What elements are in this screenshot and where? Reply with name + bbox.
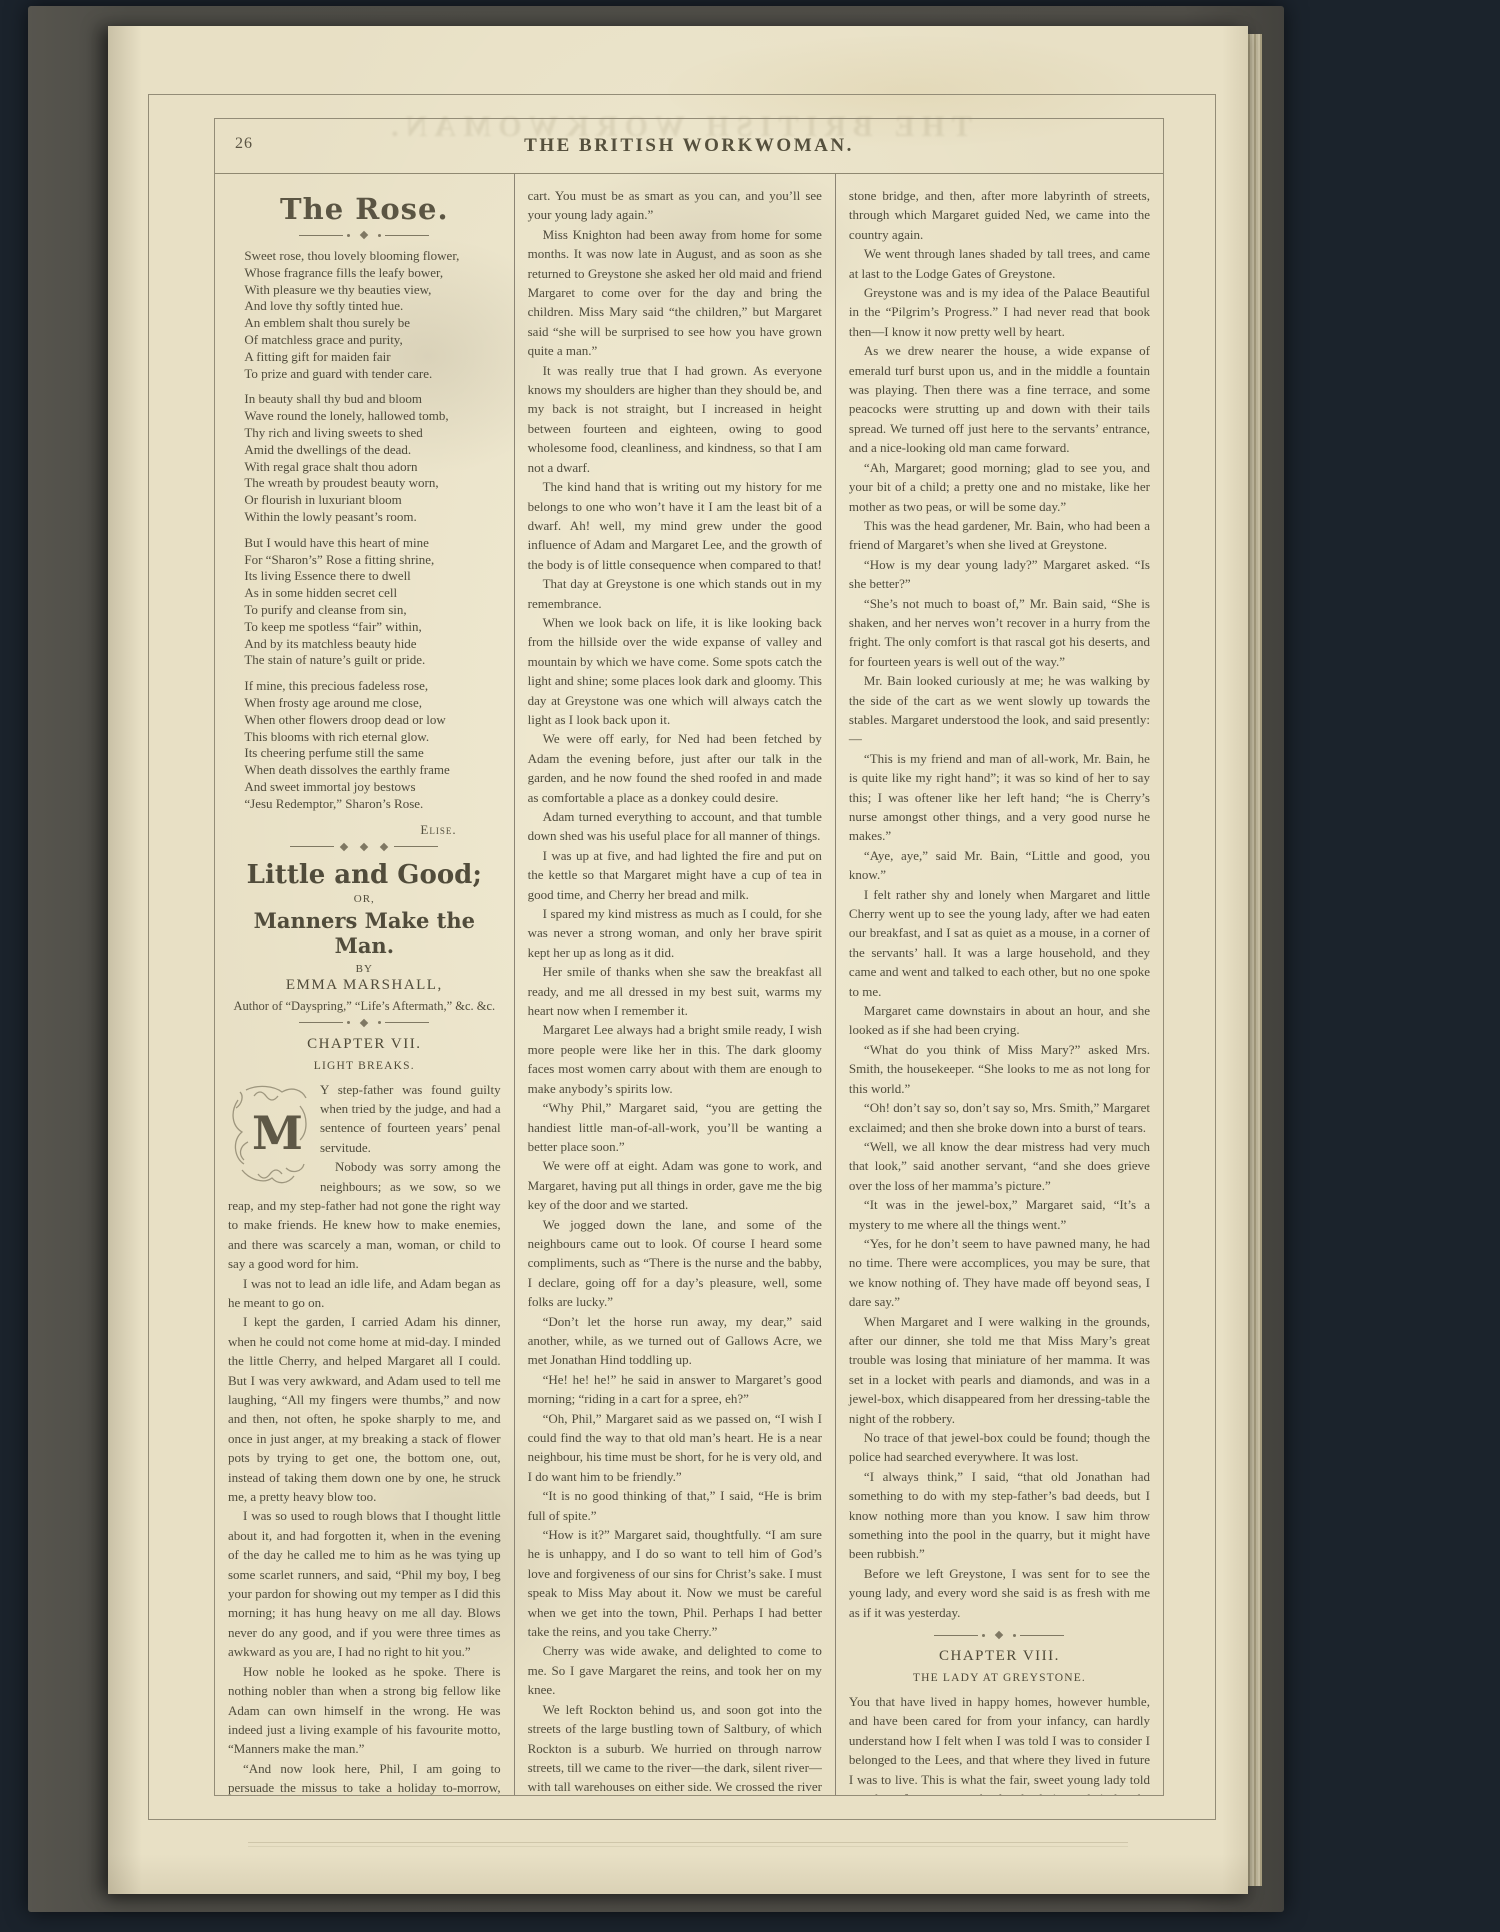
story-paragraph: “And now look here, Phil, I am going to … bbox=[228, 1759, 501, 1795]
story-paragraph: We left Rockton behind us, and soon got … bbox=[528, 1700, 822, 1795]
publication-title: THE BRITISH WORKWOMAN. bbox=[524, 135, 854, 157]
column-container: The Rose. Sweet rose, thou lovely bloomi… bbox=[215, 174, 1163, 1795]
chapter8-heading-block: CHAPTER VIII. THE LADY AT GREYSTONE. bbox=[849, 1648, 1150, 1684]
story-text-left: M Y step-father was found guilty when tr… bbox=[228, 1080, 501, 1796]
serial-header: Little and Good; OR, Manners Make the Ma… bbox=[228, 860, 501, 1014]
column-left: The Rose. Sweet rose, thou lovely bloomi… bbox=[215, 174, 514, 1795]
story-paragraph: When we look back on life, it is like lo… bbox=[528, 613, 822, 729]
story-paragraph: “Well, we all know the dear mistress had… bbox=[849, 1137, 1150, 1195]
serial-or: OR, bbox=[228, 893, 501, 905]
story-paragraph: “Ah, Margaret; good morning; glad to see… bbox=[849, 458, 1150, 516]
ornament-divider bbox=[228, 1020, 501, 1026]
story-text-chapter8: You that have lived in happy homes, howe… bbox=[849, 1692, 1150, 1795]
story-paragraph: How noble he looked as he spoke. There i… bbox=[228, 1662, 501, 1759]
ornament-divider bbox=[228, 232, 501, 238]
chapter7-heading-block: CHAPTER VII. LIGHT BREAKS. bbox=[228, 1036, 501, 1072]
story-paragraph: “Why Phil,” Margaret said, “you are gett… bbox=[528, 1098, 822, 1156]
story-paragraph: “Oh! don’t say so, don’t say so, Mrs. Sm… bbox=[849, 1098, 1150, 1137]
story-paragraph: I was up at five, and had lighted the fi… bbox=[528, 846, 822, 904]
masthead: 26 THE BRITISH WORKWOMAN. bbox=[215, 119, 1163, 174]
story-paragraph: “It was in the jewel-box,” Margaret said… bbox=[849, 1195, 1150, 1234]
story-paragraph: Adam turned everything to account, and t… bbox=[528, 807, 822, 846]
story-paragraph: As we drew nearer the house, a wide expa… bbox=[849, 341, 1150, 457]
chapter8-block: CHAPTER VIII. THE LADY AT GREYSTONE. You… bbox=[849, 1632, 1150, 1795]
story-paragraph: Before we left Greystone, I was sent for… bbox=[849, 1564, 1150, 1622]
story-paragraph: It was really true that I had grown. As … bbox=[528, 361, 822, 477]
story-paragraph: “Yes, for he don’t seem to have pawned m… bbox=[849, 1234, 1150, 1312]
serial-author-credit: Author of “Dayspring,” “Life’s Aftermath… bbox=[228, 999, 501, 1014]
story-text-right: stone bridge, and then, after more labyr… bbox=[849, 186, 1150, 1622]
story-paragraph: Her smile of thanks when she saw the bre… bbox=[528, 962, 822, 1020]
poem: Sweet rose, thou lovely blooming flower,… bbox=[244, 248, 484, 813]
story-paragraph: I was so used to rough blows that I thou… bbox=[228, 1506, 501, 1661]
chapter7-heading: CHAPTER VII. bbox=[228, 1036, 501, 1053]
drop-cap-letter: M bbox=[252, 1106, 303, 1160]
poem-stanza: But I would have this heart of mine For … bbox=[244, 535, 484, 669]
story-paragraph: That day at Greystone is one which stand… bbox=[528, 574, 822, 613]
poem-stanza: In beauty shall thy bud and bloom Wave r… bbox=[244, 391, 484, 525]
page-edge-stack bbox=[1246, 34, 1262, 1886]
story-paragraph: When Margaret and I were walking in the … bbox=[849, 1312, 1150, 1428]
poem-signature: Elise. bbox=[228, 822, 457, 838]
story-paragraph: Mr. Bain looked curiously at me; he was … bbox=[849, 671, 1150, 749]
chapter8-heading: CHAPTER VIII. bbox=[849, 1648, 1150, 1665]
story-paragraph: “What do you think of Miss Mary?” asked … bbox=[849, 1040, 1150, 1098]
serial-title: Little and Good; bbox=[228, 860, 501, 890]
poem-stanza: Sweet rose, thou lovely blooming flower,… bbox=[244, 248, 484, 382]
column-right: stone bridge, and then, after more labyr… bbox=[836, 174, 1163, 1795]
story-paragraph: No trace of that jewel-box could be foun… bbox=[849, 1428, 1150, 1467]
story-paragraph: I felt rather shy and lonely when Margar… bbox=[849, 885, 1150, 1001]
poem-title: The Rose. bbox=[228, 192, 501, 226]
serial-by-label: BY bbox=[228, 963, 501, 975]
story-paragraph: Miss Knighton had been away from home fo… bbox=[528, 225, 822, 361]
story-paragraph: “How is my dear young lady?” Margaret as… bbox=[849, 555, 1150, 594]
chapter8-subheading: THE LADY AT GREYSTONE. bbox=[849, 1672, 1150, 1684]
ornament-divider bbox=[849, 1632, 1150, 1638]
story-paragraph: “He! he! he!” he said in answer to Marga… bbox=[528, 1370, 822, 1409]
show-through-ghost-rule bbox=[248, 1842, 1128, 1847]
story-text-middle: cart. You must be as smart as you can, a… bbox=[528, 186, 822, 1795]
column-middle: cart. You must be as smart as you can, a… bbox=[514, 174, 836, 1795]
story-paragraph: This was the head gardener, Mr. Bain, wh… bbox=[849, 516, 1150, 555]
story-paragraph: “Aye, aye,” said Mr. Bain, “Little and g… bbox=[849, 846, 1150, 885]
story-paragraph: “How is it?” Margaret said, thoughtfully… bbox=[528, 1525, 822, 1641]
story-paragraph: “This is my friend and man of all-work, … bbox=[849, 749, 1150, 846]
story-paragraph: “Don’t let the horse run away, my dear,”… bbox=[528, 1312, 822, 1370]
decorated-initial: M bbox=[228, 1082, 314, 1188]
story-paragraph: “It is no good thinking of that,” I said… bbox=[528, 1486, 822, 1525]
chapter7-subheading: LIGHT BREAKS. bbox=[228, 1060, 501, 1072]
story-paragraph: The kind hand that is writing out my his… bbox=[528, 477, 822, 574]
poem-stanza: If mine, this precious fadeless rose, Wh… bbox=[244, 678, 484, 812]
story-paragraph: I spared my kind mistress as much as I c… bbox=[528, 904, 822, 962]
story-paragraph: “Oh, Phil,” Margaret said as we passed o… bbox=[528, 1409, 822, 1487]
story-paragraph: cart. You must be as smart as you can, a… bbox=[528, 186, 822, 225]
story-paragraph: Greystone was and is my idea of the Pala… bbox=[849, 283, 1150, 341]
story-paragraph: Cherry was wide awake, and delighted to … bbox=[528, 1641, 822, 1699]
page-number: 26 bbox=[235, 135, 253, 153]
inner-border-rule: 26 THE BRITISH WORKWOMAN. The Rose. Swee… bbox=[214, 118, 1164, 1796]
story-paragraph: I kept the garden, I carried Adam his di… bbox=[228, 1312, 501, 1506]
newspaper-page: THE BRITISH WORKWOMAN. 26 THE BRITISH WO… bbox=[108, 26, 1248, 1894]
ornament-divider bbox=[228, 844, 501, 850]
scanned-book-scene: THE BRITISH WORKWOMAN. 26 THE BRITISH WO… bbox=[0, 0, 1500, 1932]
story-paragraph: Margaret came downstairs in about an hou… bbox=[849, 1001, 1150, 1040]
story-paragraph: I was not to lead an idle life, and Adam… bbox=[228, 1274, 501, 1313]
story-paragraph: We jogged down the lane, and some of the… bbox=[528, 1215, 822, 1312]
story-paragraph: stone bridge, and then, after more labyr… bbox=[849, 186, 1150, 244]
story-paragraph: You that have lived in happy homes, howe… bbox=[849, 1692, 1150, 1795]
story-paragraph: We were off early, for Ned had been fetc… bbox=[528, 729, 822, 807]
story-paragraph: “She’s not much to boast of,” Mr. Bain s… bbox=[849, 594, 1150, 672]
serial-subtitle: Manners Make the Man. bbox=[228, 908, 501, 958]
story-paragraph: Margaret Lee always had a bright smile r… bbox=[528, 1020, 822, 1098]
story-paragraph: We were off at eight. Adam was gone to w… bbox=[528, 1156, 822, 1214]
story-paragraph: “I always think,” I said, “that old Jona… bbox=[849, 1467, 1150, 1564]
serial-author: EMMA MARSHALL, bbox=[228, 977, 501, 994]
story-paragraph: We went through lanes shaded by tall tre… bbox=[849, 244, 1150, 283]
